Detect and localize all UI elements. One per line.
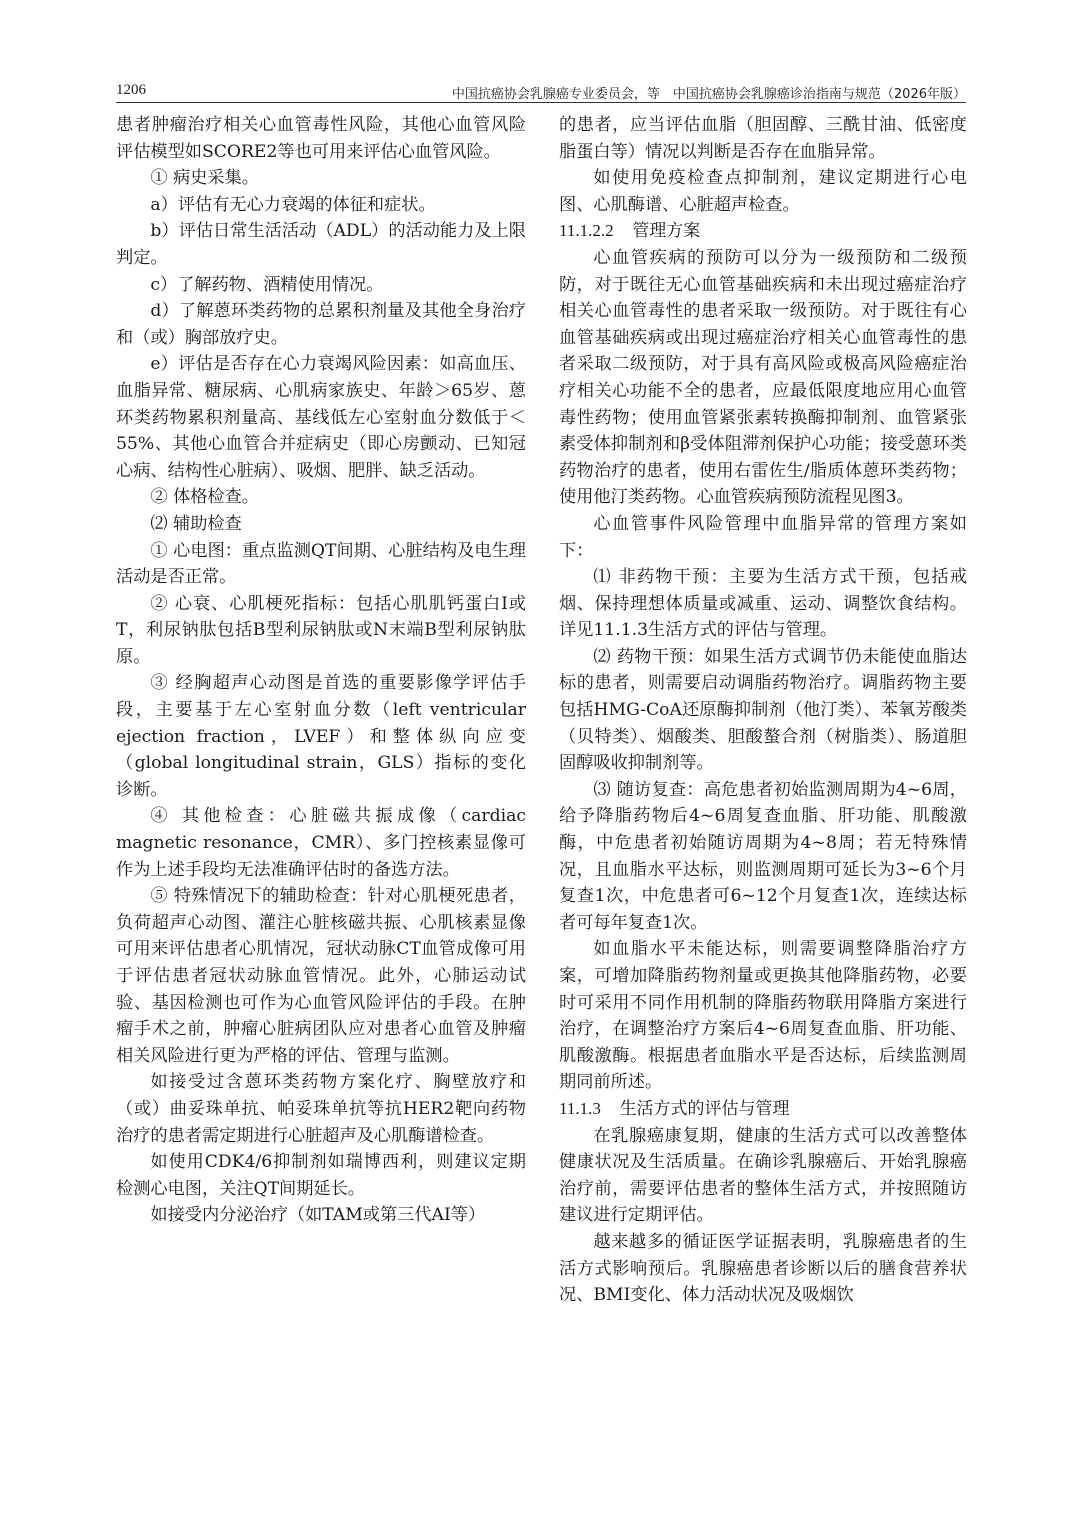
- paragraph: 患者肿瘤治疗相关心血管毒性风险，其他心血管风险评估模型如SCORE2等也可用来评…: [116, 112, 526, 165]
- section-title: 管理方案: [632, 221, 700, 241]
- paragraph: ⑴ 非药物干预：主要为生活方式干预，包括戒烟、保持理想体质量或减重、运动、调整饮…: [559, 564, 967, 644]
- paragraph: 如接受过含蒽环类药物方案化疗、胸壁放疗和（或）曲妥珠单抗、帕妥珠单抗等抗HER2…: [116, 1069, 526, 1149]
- paragraph: 如接受内分泌治疗（如TAM或第三代AI等）: [116, 1202, 526, 1229]
- paragraph: ⑵ 药物干预：如果生活方式调节仍未能使血脂达标的患者，则需要启动调脂药物治疗。调…: [559, 644, 967, 777]
- section-heading: 11.1.2.2管理方案: [559, 218, 967, 245]
- paragraph: ⑤ 特殊情况下的辅助检查：针对心肌梗死患者，负荷超声心动图、灌注心脏核磁共振、心…: [116, 883, 526, 1069]
- section-number: 11.1.2.2: [559, 221, 614, 240]
- paragraph: 在乳腺癌康复期，健康的生活方式可以改善整体健康状况及生活质量。在确诊乳腺癌后、开…: [559, 1123, 967, 1229]
- paragraph: e）评估是否存在心力衰竭风险因素：如高血压、血脂异常、糖尿病、心肌病家族史、年龄…: [116, 351, 526, 484]
- paragraph: ④ 其他检查：心脏磁共振成像（cardiac magnetic resonanc…: [116, 803, 526, 883]
- paragraph: ⑵ 辅助检查: [116, 511, 526, 538]
- paragraph: ① 心电图：重点监测QT间期、心脏结构及电生理活动是否正常。: [116, 538, 526, 591]
- section-number: 11.1.3: [559, 1099, 601, 1118]
- paragraph: ② 体格检查。: [116, 484, 526, 511]
- paragraph: c）了解药物、酒精使用情况。: [116, 272, 526, 299]
- section-heading: 11.1.3生活方式的评估与管理: [559, 1096, 967, 1123]
- paragraph: 心血管疾病的预防可以分为一级预防和二级预防，对于既往无心血管基础疾病和未出现过癌…: [559, 245, 967, 511]
- section-title: 生活方式的评估与管理: [620, 1099, 790, 1119]
- paragraph: d）了解蒽环类药物的总累积剂量及其他全身治疗和（或）胸部放疗史。: [116, 298, 526, 351]
- paragraph: ① 病史采集。: [116, 165, 526, 192]
- paragraph: 心血管事件风险管理中血脂异常的管理方案如下：: [559, 511, 967, 564]
- paragraph: 如使用CDK4/6抑制剂如瑞博西利，则建议定期检测心电图，关注QT间期延长。: [116, 1149, 526, 1202]
- paragraph: ③ 经胸超声心动图是首选的重要影像学评估手段，主要基于左心室射血分数（left …: [116, 670, 526, 803]
- paragraph: a）评估有无心力衰竭的体征和症状。: [116, 192, 526, 219]
- right-column: 的患者，应当评估血脂（胆固醇、三酰甘油、低密度脂蛋白等）情况以判断是否存在血脂异…: [559, 112, 967, 1309]
- paragraph: ② 心衰、心肌梗死指标：包括心肌肌钙蛋白I或T，利尿钠肽包括B型利尿钠肽或N末端…: [116, 591, 526, 671]
- page-header: 1206 中国抗癌协会乳腺癌专业委员会，等 中国抗癌协会乳腺癌诊治指南与规范（2…: [116, 82, 966, 103]
- paragraph: 越来越多的循证医学证据表明，乳腺癌患者的生活方式影响预后。乳腺癌患者诊断以后的膳…: [559, 1229, 967, 1309]
- paragraph: 的患者，应当评估血脂（胆固醇、三酰甘油、低密度脂蛋白等）情况以判断是否存在血脂异…: [559, 112, 967, 165]
- paragraph: b）评估日常生活活动（ADL）的活动能力及上限判定。: [116, 218, 526, 271]
- left-column: 患者肿瘤治疗相关心血管毒性风险，其他心血管风险评估模型如SCORE2等也可用来评…: [116, 112, 526, 1229]
- paragraph: 如使用免疫检查点抑制剂，建议定期进行心电图、心肌酶谱、心脏超声检查。: [559, 165, 967, 218]
- running-title: 中国抗癌协会乳腺癌专业委员会，等 中国抗癌协会乳腺癌诊治指南与规范（2026年版…: [452, 83, 966, 102]
- paragraph: 如血脂水平未能达标，则需要调整降脂治疗方案，可增加降脂药物剂量或更换其他降脂药物…: [559, 936, 967, 1096]
- page-number: 1206: [116, 82, 146, 99]
- paragraph: ⑶ 随访复查：高危患者初始监测周期为4~6周，给予降脂药物后4~6周复查血脂、肝…: [559, 777, 967, 937]
